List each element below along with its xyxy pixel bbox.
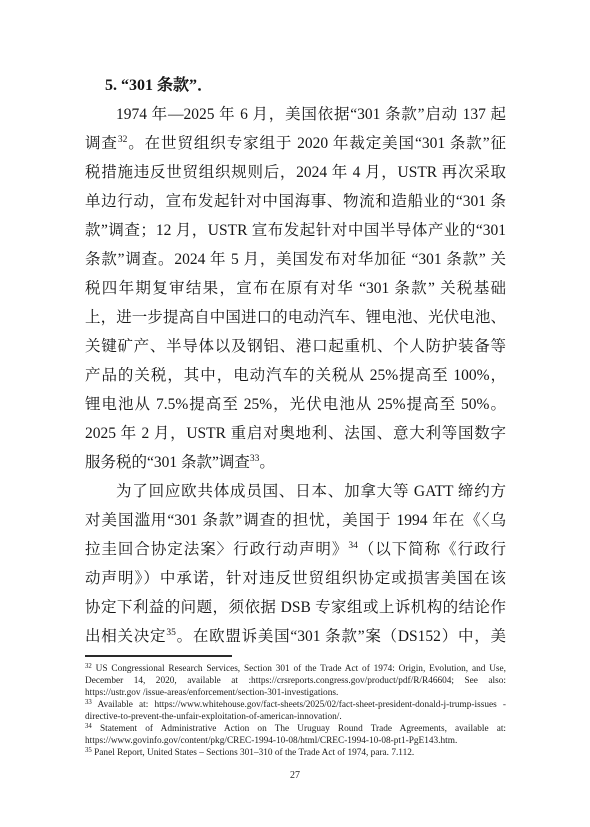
text-run: 1974 年—2025 年 6 月，美国依据“301 条款”启动 137 起 [116,106,506,123]
text-run: 动声明》）中承诺，针对违反世贸组织协定或损害美国在该 [85,570,506,587]
footnote-number: 35 [85,747,92,754]
footnote-34: 34 Statement of Administrative Action on… [85,723,506,747]
text-line: 单边行动，宣布发起针对中国海事、物流和造船业的“301 条 [85,187,506,216]
text-run: 税措施违反世贸组织规则后，2024 年 4 月，USTR 再次采取 [85,164,506,181]
text-run: 拉圭回合协定法案〉行政行动声明》 [85,541,348,558]
footnote-number: 32 [85,663,92,670]
text-line: 税四年期复审结果，宣布在原有对华 “301 条款” 关税基础 [85,274,506,303]
text-run: 。在欧盟诉美国“301 条款”案（DS152）中，美 [176,628,506,645]
text-line: 税措施违反世贸组织规则后，2024 年 4 月，USTR 再次采取 [85,158,506,187]
text-line: 对美国滥用“301 条款”调查的担忧，美国于 1994 年在《〈乌 [85,506,506,535]
text-line: 服务税的“301 条款”调查33。 [85,448,506,477]
footnote-number: 34 [85,723,92,730]
text-line: 出相关决定35。在欧盟诉美国“301 条款”案（DS152）中，美 [85,622,506,651]
text-run: 条款”调查。2024 年 5 月，美国发布对华加征 “301 条款” 关 [85,251,506,268]
text-line: 动声明》）中承诺，针对违反世贸组织协定或损害美国在该 [85,564,506,593]
text-run: 单边行动，宣布发起针对中国海事、物流和造船业的“301 条 [85,193,506,210]
text-line: 关键矿产、半导体以及钢铝、港口起重机、个人防护装备等 [85,332,506,361]
footnote-ref-34: 34 [348,541,358,551]
page-body: 5. “301 条款”． 1974 年—2025 年 6 月，美国依据“301 … [85,71,506,651]
page-number: 27 [0,770,590,781]
footnote-text: Panel Report, United States – Sections 3… [94,748,414,758]
text-run: 。 [259,454,275,471]
footnote-number: 33 [85,699,92,706]
text-run: 上，进一步提高自中国进口的电动汽车、锂电池、光伏电池、 [85,309,506,326]
paragraph-1: 1974 年—2025 年 6 月，美国依据“301 条款”启动 137 起 调… [85,100,506,477]
text-run: 产品的关税，其中，电动汽车的关税从 25%提高至 100%， [85,367,506,384]
document-page: 5. “301 条款”． 1974 年—2025 年 6 月，美国依据“301 … [0,0,590,827]
text-run: 款”调查；12 月，USTR 宣布发起针对中国半导体产业的“301 [85,222,506,239]
text-line: 拉圭回合协定法案〉行政行动声明》34（以下简称《行政行 [85,535,506,564]
footnote-separator [85,655,232,657]
text-line: 款”调查；12 月，USTR 宣布发起针对中国半导体产业的“301 [85,216,506,245]
text-run: 。在世贸组织专家组于 2020 年裁定美国“301 条款”征 [127,135,506,152]
text-run: 出相关决定 [85,628,166,645]
text-line: 调查32。在世贸组织专家组于 2020 年裁定美国“301 条款”征 [85,129,506,158]
footnotes-section: 32 US Congressional Research Services, S… [85,655,506,759]
text-run: （以下简称《行政行 [358,541,506,558]
footnote-text: US Congressional Research Services, Sect… [85,664,506,698]
text-line: 产品的关税，其中，电动汽车的关税从 25%提高至 100%， [85,361,506,390]
text-line: 1974 年—2025 年 6 月，美国依据“301 条款”启动 137 起 [85,100,506,129]
paragraph-2: 为了回应欧共体成员国、日本、加拿大等 GATT 缔约方 对美国滥用“301 条款… [85,477,506,651]
footnote-ref-33: 33 [250,454,260,464]
text-run: 调查 [85,135,118,152]
text-run: 对美国滥用“301 条款”调查的担忧，美国于 1994 年在《〈乌 [85,512,506,529]
footnote-35: 35 Panel Report, United States – Section… [85,747,506,759]
text-run: 2025 年 2 月，USTR 重启对奥地利、法国、意大利等国数字 [85,425,506,442]
text-run: 服务税的“301 条款”调查 [85,454,250,471]
text-run: 协定下利益的问题，须依据 DSB 专家组或上诉机构的结论作 [85,599,506,616]
footnote-text: Statement of Administrative Action on Th… [85,724,506,746]
text-run: 为了回应欧共体成员国、日本、加拿大等 GATT 缔约方 [116,483,506,500]
text-line: 协定下利益的问题，须依据 DSB 专家组或上诉机构的结论作 [85,593,506,622]
footnote-text: Available at: https://www.whitehouse.gov… [85,700,506,722]
text-line: 上，进一步提高自中国进口的电动汽车、锂电池、光伏电池、 [85,303,506,332]
footnote-ref-32: 32 [118,135,128,145]
footnote-32: 32 US Congressional Research Services, S… [85,663,506,699]
text-line: 为了回应欧共体成员国、日本、加拿大等 GATT 缔约方 [85,477,506,506]
section-heading: 5. “301 条款”． [85,71,506,100]
text-line: 条款”调查。2024 年 5 月，美国发布对华加征 “301 条款” 关 [85,245,506,274]
footnote-ref-35: 35 [166,628,176,638]
text-line: 锂电池从 7.5%提高至 25%，光伏电池从 25%提高至 50%。 [85,390,506,419]
text-line: 2025 年 2 月，USTR 重启对奥地利、法国、意大利等国数字 [85,419,506,448]
text-run: 税四年期复审结果，宣布在原有对华 “301 条款” 关税基础 [85,280,506,297]
footnote-33: 33 Available at: https://www.whitehouse.… [85,699,506,723]
text-run: 锂电池从 7.5%提高至 25%，光伏电池从 25%提高至 50%。 [85,396,506,413]
text-run: 关键矿产、半导体以及钢铝、港口起重机、个人防护装备等 [85,338,506,355]
